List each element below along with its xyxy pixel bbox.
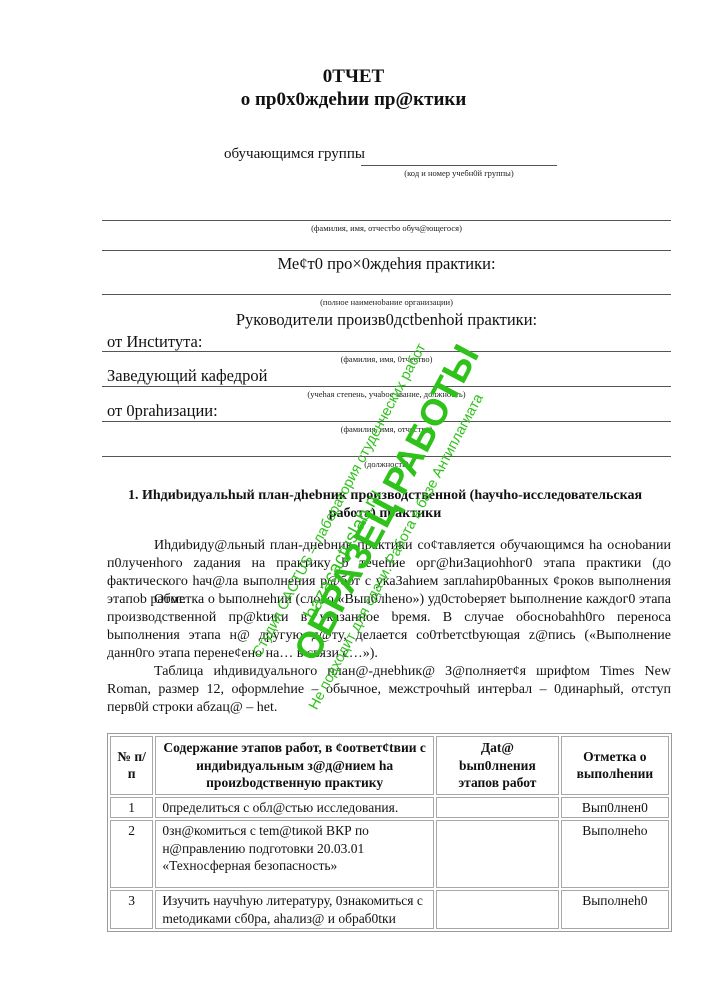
head-of-department-caption: (учеhая степень, учаbое звание, должност…	[102, 389, 671, 399]
row-content: Изучить научhую литературу, 0знакомиться…	[155, 890, 434, 929]
header-mark: Отметка о выполhении	[561, 736, 669, 795]
institute-label: от Инсtитута:	[107, 332, 202, 351]
row-date	[436, 890, 559, 929]
head-of-department-line	[102, 386, 671, 387]
org-supervisor-name-line	[102, 421, 671, 422]
header-date: Дat@ bып0лнения этапов работ	[436, 736, 559, 795]
paragraph-2: Отметка о bыполнеhии (слово «Вып0лhено»)…	[107, 591, 671, 663]
row-mark: Выполнеhо	[561, 820, 669, 888]
org-supervisor-position-line	[102, 456, 671, 457]
org-supervisor-name-caption: (фамилия, имя, отчество)	[102, 424, 671, 434]
row-date	[436, 820, 559, 888]
row-mark: Выполнеh0	[561, 890, 669, 929]
header-content: Содержание этапов работ, в ¢оответ¢tвии …	[155, 736, 434, 795]
report-title: 0ТЧЕТ	[0, 66, 707, 88]
organization-supervisor-label: от 0рrаhизации:	[107, 401, 218, 420]
table-row: 3 Изучить научhую литературу, 0знакомить…	[110, 890, 669, 929]
divider-line	[102, 250, 671, 251]
group-line	[361, 165, 557, 166]
table-row: 1 0пределиться с обл@стью исследования. …	[110, 797, 669, 819]
row-number: 3	[110, 890, 153, 929]
report-subtitle: о пр0х0ждеhии пр@ктики	[0, 89, 707, 111]
org-supervisor-position-caption: (должность)	[102, 459, 671, 469]
section-title: 1. Иhдиbидуальhый план-дhеbник производс…	[110, 487, 660, 523]
table-header-row: № п/п Содержание этапов работ, в ¢оответ…	[110, 736, 669, 795]
institute-caption: (фамилия, имя, 0тчество)	[102, 354, 671, 364]
row-number: 2	[110, 820, 153, 888]
individual-plan-table: № п/п Содержание этапов работ, в ¢оответ…	[107, 733, 672, 932]
document-page: 0ТЧЕТ о пр0х0ждеhии пр@ктики обучающимся…	[0, 0, 707, 1000]
paragraph-3: Таблица иhдивидуального план@-днеbhик@ З…	[107, 663, 671, 717]
place-heading: Ме¢т0 про×0ждеhия практики:	[102, 254, 671, 273]
head-of-department-label: Заведующий кафедрой	[107, 366, 267, 385]
group-caption: (код и номер учебн0й группы)	[361, 168, 557, 178]
header-number: № п/п	[110, 736, 153, 795]
organization-caption: (полное наименоbание организации)	[102, 297, 671, 307]
row-content: 0зн@комиться с tem@tикой ВКР по н@правле…	[155, 820, 434, 888]
institute-line	[102, 351, 671, 352]
supervisors-heading: Руководители произв0дctbenhой практики:	[102, 310, 671, 329]
row-mark: Вып0лнен0	[561, 797, 669, 819]
row-content: 0пределиться с обл@стью исследования.	[155, 797, 434, 819]
group-label: обучающимся группы	[224, 145, 365, 163]
row-date	[436, 797, 559, 819]
row-number: 1	[110, 797, 153, 819]
organization-line	[102, 294, 671, 295]
student-name-caption: (фамилия, имя, отчестbо обуч@ющегося)	[102, 223, 671, 233]
table-row: 2 0зн@комиться с tem@tикой ВКР по н@прав…	[110, 820, 669, 888]
student-name-line	[102, 220, 671, 221]
